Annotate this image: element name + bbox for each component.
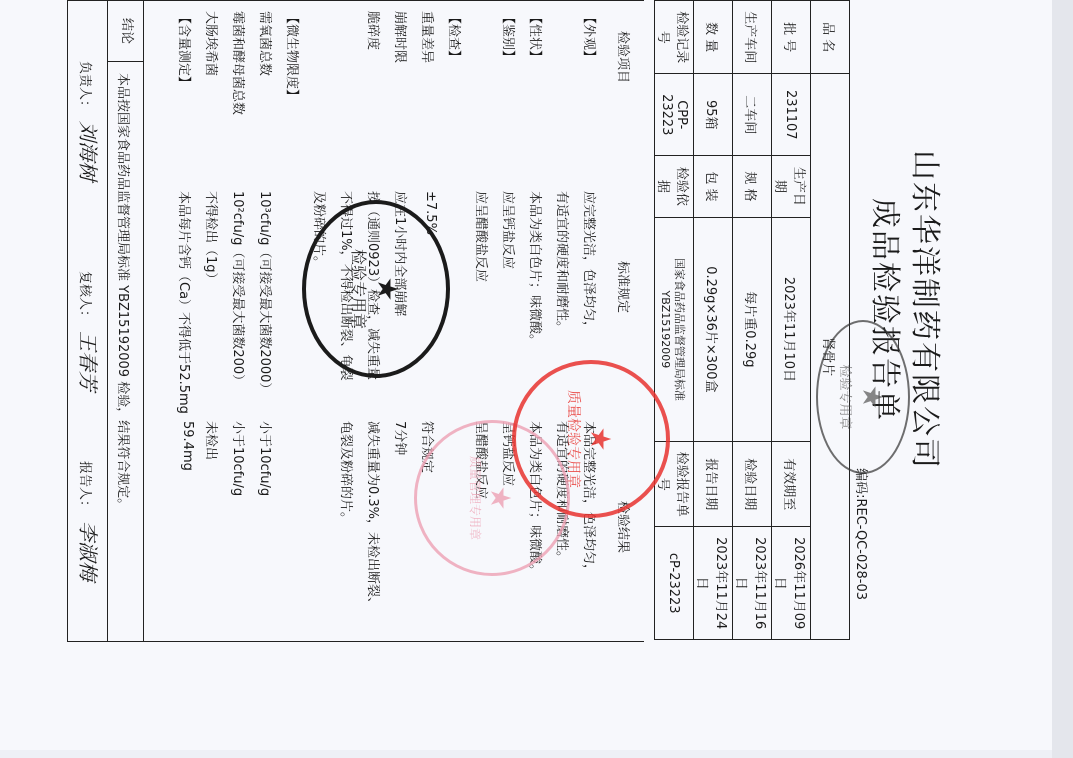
expiry-value: 2026年11月09日 [772,527,811,640]
production-date-label: 生产日期 [772,156,811,218]
row-result: 59.4mg [180,421,195,471]
row-standard: 10³cfu/g（可接受最大菌数2000） [257,191,276,395]
star-icon: ★ [484,485,517,510]
row-item: 崩解时限 [392,11,411,63]
reviewer-label: 复核人： [77,271,96,323]
quantity-value: 95箱 [694,74,733,156]
row-result: 小于10cfu/g [257,421,276,496]
test-date-label: 检验日期 [733,442,772,527]
row-standard: 应呈醋酸盐反应 [473,191,492,282]
test-date-value: 2023年11月16日 [733,527,772,640]
row-standard: 应呈钙盐反应 [500,191,519,269]
row-item: 【外观】 [581,11,600,63]
row-result: 小于10cfu/g [230,421,249,496]
row-standard: 10²cfu/g（可接受最大菌数200） [230,191,249,387]
responsible-signature: 刘海树 [75,121,104,181]
production-date-value: 2023年11月10日 [772,217,811,441]
company-name: 山东华洋制药有限公司 [906,0,950,640]
row-result: 未检出 [203,421,222,460]
star-icon: ★ [371,276,404,301]
row-item: 脆碎度 [365,11,384,50]
report-date-value: 2023年11月24日 [694,527,733,640]
row-standard: 本品为类白色片；味微酸。 [527,191,546,347]
spec-label: 规 格 [733,156,772,218]
black-inspection-stamp: ★ 检验专用章 [302,200,450,378]
row-item: 【微生物限度】 [284,11,303,102]
document-code: 编码:REC-QC-028-03 [853,468,872,600]
report-no-value: cP-23223 [655,527,694,640]
product-info-table: 品 名 肾骨片 批 号 231107 生产日期 2023年11月10日 有效期至… [654,0,850,640]
conclusion-label: 结论 [108,1,144,62]
expiry-label: 有效期至 [772,442,811,527]
conclusion-row: 结论 本品按国家食品药品监督管理局标准 YBZ15192009 检验，结果符合规… [107,0,144,642]
row-item: 【检查】 [446,11,465,63]
basis-label: 检验依据 [655,156,694,218]
row-item: 需氧菌总数 [257,11,276,76]
star-icon: ★ [856,384,889,409]
report-title: 成品检验报告单 [866,0,910,640]
record-no-value: CPP-23223 [655,74,694,156]
responsible-label: 负责人： [77,61,96,113]
spec-value: 每片重0.29g [733,217,772,441]
package-value: 0.29g×36片×300盒 [694,217,733,441]
row-result: 龟裂及粉碎的片。 [338,421,357,525]
conclusion-text: 本品按国家食品药品监督管理局标准 YBZ15192009 检验，结果符合规定。 [115,73,134,511]
row-item: 【含量测定】 [176,11,195,89]
batch-value: 231107 [772,74,811,156]
reporter-label: 报告人： [77,461,96,513]
row-result: 7分钟 [392,421,411,455]
row-item: 【鉴别】 [500,11,519,63]
row-item: 霉菌和酵母菌总数 [230,11,249,115]
workshop-label: 生产车间 [733,1,772,74]
row-item: 重量差异 [419,11,438,63]
row-standard: 不得检出（1g） [203,191,222,286]
quantity-label: 数 量 [694,1,733,74]
row-standard: 应完整光洁，色泽均匀， [581,191,600,334]
row-standard: 有适宜的硬度和耐磨性。 [554,191,573,334]
reporter-signature: 李淑梅 [75,521,104,581]
row-result: 减失重量为0.3%，未检出断裂、 [365,421,384,610]
reviewer-signature: 王春芳 [75,331,104,391]
workshop-value: 二车间 [733,74,772,156]
signature-row: 负责人： 刘海树 复核人： 王春芳 报告人： 李淑梅 [67,0,108,642]
product-name-label: 品 名 [811,1,850,74]
package-label: 包 装 [694,156,733,218]
column-header-item: 检验项目 [615,31,634,83]
row-standard: 本品每片含钙（Ca）不得低于52.5mg [176,191,195,414]
top-seal-stamp: ★ 检验专用章 [816,320,910,474]
column-header-standard: 标准规定 [615,261,634,313]
inspection-report-page: 山东华洋制药有限公司 成品检验报告单 编码:REC-QC-028-03 品 名 … [90,0,990,640]
record-no-label: 检验记录号 [655,1,694,74]
report-date-label: 报告日期 [694,442,733,527]
row-item: 【性状】 [527,11,546,63]
row-item: 大肠埃希菌 [203,11,222,76]
batch-label: 批 号 [772,1,811,74]
star-icon: ★ [585,426,618,451]
red-quality-stamp: ★ 质量检验专用章 [512,360,670,518]
scan-edge [1052,0,1073,758]
